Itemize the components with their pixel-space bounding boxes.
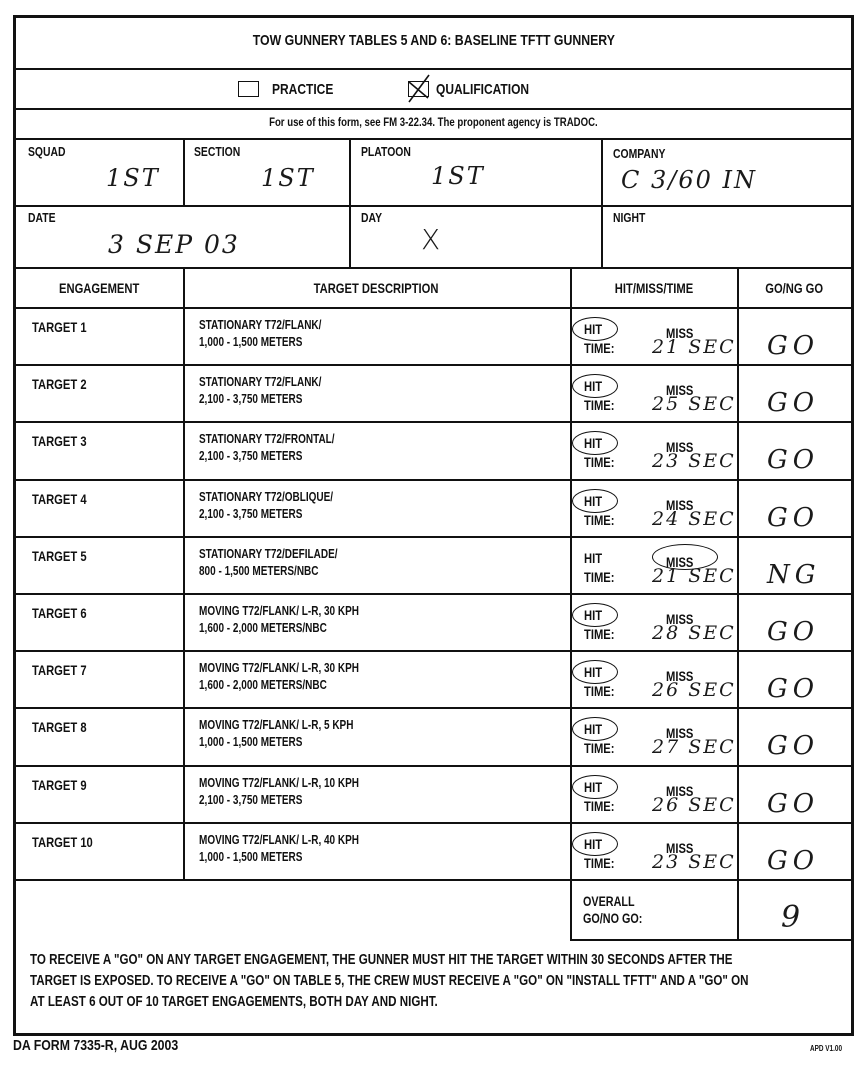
engagement-label: TARGET 6: [32, 605, 100, 621]
date-value[interactable]: 3 SEP 03: [108, 230, 240, 259]
section-label: SECTION: [194, 144, 252, 159]
time-label: TIME:: [584, 855, 622, 871]
divider: [16, 307, 851, 309]
divider: [16, 650, 851, 652]
form-title: TOW GUNNERY TABLES 5 AND 6: BASELINE TFT…: [16, 32, 851, 49]
time-label: TIME:: [584, 512, 622, 528]
divider: [16, 879, 851, 881]
instruction-line: AT LEAST 6 OUT OF 10 TARGET ENGAGEMENTS,…: [30, 992, 749, 1013]
practice-label: PRACTICE: [272, 81, 349, 98]
x-mark-icon: [403, 73, 433, 103]
day-label: DAY: [361, 210, 387, 225]
divider: [570, 939, 851, 941]
platoon-label: PLATOON: [361, 144, 423, 159]
target-description: STATIONARY T72/DEFILADE/800 - 1,500 METE…: [199, 546, 372, 580]
divider: [16, 822, 851, 824]
target-description: MOVING T72/FLANK/ L-R, 40 KPH1,000 - 1,5…: [199, 832, 399, 866]
hit-circle-mark: [572, 660, 618, 684]
night-label: NIGHT: [613, 210, 653, 225]
go-no-go-value[interactable]: GO: [767, 846, 819, 876]
time-label: TIME:: [584, 798, 622, 814]
hit-circle-mark: [572, 374, 618, 398]
divider: [16, 267, 851, 269]
overall-label: OVERALLGO/NO GO:: [583, 893, 657, 927]
divider: [183, 138, 185, 205]
date-label: DATE: [28, 210, 62, 225]
header-hit-miss-time: HIT/MISS/TIME: [570, 280, 737, 296]
divider: [16, 108, 851, 110]
instruction-line: TARGET IS EXPOSED. TO RECEIVE A "GO" ON …: [30, 971, 749, 992]
target-description: MOVING T72/FLANK/ L-R, 10 KPH2,100 - 3,7…: [199, 775, 399, 809]
target-description: STATIONARY T72/FLANK/2,100 - 3,750 METER…: [199, 374, 352, 408]
divider: [16, 138, 851, 140]
engagement-label: TARGET 4: [32, 491, 100, 507]
time-label: TIME:: [584, 340, 622, 356]
divider: [349, 138, 351, 267]
divider: [16, 68, 851, 70]
qualification-checkbox[interactable]: [408, 81, 429, 97]
company-value[interactable]: C 3/60 IN: [621, 166, 757, 194]
time-label: TIME:: [584, 454, 622, 470]
divider: [16, 536, 851, 538]
go-no-go-value[interactable]: GO: [767, 445, 819, 475]
gunnery-form: TOW GUNNERY TABLES 5 AND 6: BASELINE TFT…: [13, 15, 854, 1036]
engagement-label: TARGET 5: [32, 548, 100, 564]
go-no-go-value[interactable]: GO: [767, 789, 819, 819]
day-value[interactable]: X: [421, 223, 442, 256]
instructions: TO RECEIVE A "GO" ON ANY TARGET ENGAGEME…: [30, 950, 864, 1013]
divider: [183, 267, 185, 879]
divider: [16, 205, 851, 207]
target-description: MOVING T72/FLANK/ L-R, 30 KPH1,600 - 2,0…: [199, 660, 399, 694]
time-label: TIME:: [584, 740, 622, 756]
target-description: STATIONARY T72/OBLIQUE/2,100 - 3,750 MET…: [199, 489, 367, 523]
go-no-go-value[interactable]: GO: [767, 388, 819, 418]
time-value[interactable]: 24 SEC: [652, 508, 736, 530]
time-value[interactable]: 26 SEC: [652, 794, 736, 816]
header-engagement: ENGAGEMENT: [16, 280, 183, 296]
divider: [16, 479, 851, 481]
go-no-go-value[interactable]: GO: [767, 617, 819, 647]
time-label: TIME:: [584, 683, 622, 699]
instruction-line: TO RECEIVE A "GO" ON ANY TARGET ENGAGEME…: [30, 950, 749, 971]
time-value[interactable]: 23 SEC: [652, 450, 736, 472]
divider: [16, 765, 851, 767]
time-value[interactable]: 21 SEC: [652, 336, 736, 358]
version-label: APD V1.00: [810, 1044, 850, 1053]
go-no-go-value[interactable]: GO: [767, 674, 819, 704]
platoon-value[interactable]: 1ST: [431, 162, 485, 190]
header-go-no-go: GO/NG GO: [737, 280, 851, 296]
time-value[interactable]: 27 SEC: [652, 736, 736, 758]
engagement-label: TARGET 9: [32, 777, 100, 793]
divider: [16, 364, 851, 366]
engagement-label: TARGET 10: [32, 834, 108, 850]
time-value[interactable]: 23 SEC: [652, 851, 736, 873]
overall-value[interactable]: 9: [781, 900, 800, 935]
target-description: STATIONARY T72/FRONTAL/2,100 - 3,750 MET…: [199, 431, 368, 465]
form-id: DA FORM 7335-R, AUG 2003: [13, 1037, 214, 1054]
practice-checkbox[interactable]: [238, 81, 259, 97]
squad-value[interactable]: 1ST: [106, 164, 160, 192]
time-value[interactable]: 28 SEC: [652, 622, 736, 644]
engagement-label: TARGET 3: [32, 433, 100, 449]
divider: [737, 267, 739, 939]
target-description: MOVING T72/FLANK/ L-R, 30 KPH1,600 - 2,0…: [199, 603, 399, 637]
company-label: COMPANY: [613, 146, 678, 161]
go-no-go-value[interactable]: GO: [767, 731, 819, 761]
hit-circle-mark: [572, 431, 618, 455]
qualification-label: QUALIFICATION: [436, 81, 552, 98]
hit-circle-mark: [572, 317, 618, 341]
divider: [16, 707, 851, 709]
time-value[interactable]: 25 SEC: [652, 393, 736, 415]
hit-circle-mark: [572, 717, 618, 741]
go-no-go-value[interactable]: GO: [767, 331, 819, 361]
usage-note: For use of this form, see FM 3-22.34. Th…: [16, 115, 851, 129]
engagement-label: TARGET 2: [32, 376, 100, 392]
hit-circle-mark: [572, 489, 618, 513]
divider: [16, 421, 851, 423]
go-no-go-value[interactable]: NG: [767, 560, 821, 590]
section-value[interactable]: 1ST: [261, 164, 315, 192]
hit-circle-mark: [572, 775, 618, 799]
squad-label: SQUAD: [28, 144, 75, 159]
target-description: STATIONARY T72/FLANK/1,000 - 1,500 METER…: [199, 317, 352, 351]
hit-option[interactable]: HIT: [584, 550, 607, 566]
divider: [16, 593, 851, 595]
target-description: MOVING T72/FLANK/ L-R, 5 KPH1,000 - 1,50…: [199, 717, 392, 751]
engagement-label: TARGET 8: [32, 719, 100, 735]
go-no-go-value[interactable]: GO: [767, 503, 819, 533]
time-label: TIME:: [584, 626, 622, 642]
engagement-label: TARGET 7: [32, 662, 100, 678]
time-value[interactable]: 21 SEC: [652, 565, 736, 587]
hit-circle-mark: [572, 832, 618, 856]
engagement-label: TARGET 1: [32, 319, 100, 335]
time-label: TIME:: [584, 569, 622, 585]
hit-circle-mark: [572, 603, 618, 627]
header-target-description: TARGET DESCRIPTION: [183, 280, 570, 296]
time-value[interactable]: 26 SEC: [652, 679, 736, 701]
divider: [570, 267, 572, 939]
time-label: TIME:: [584, 397, 622, 413]
divider: [601, 138, 603, 267]
